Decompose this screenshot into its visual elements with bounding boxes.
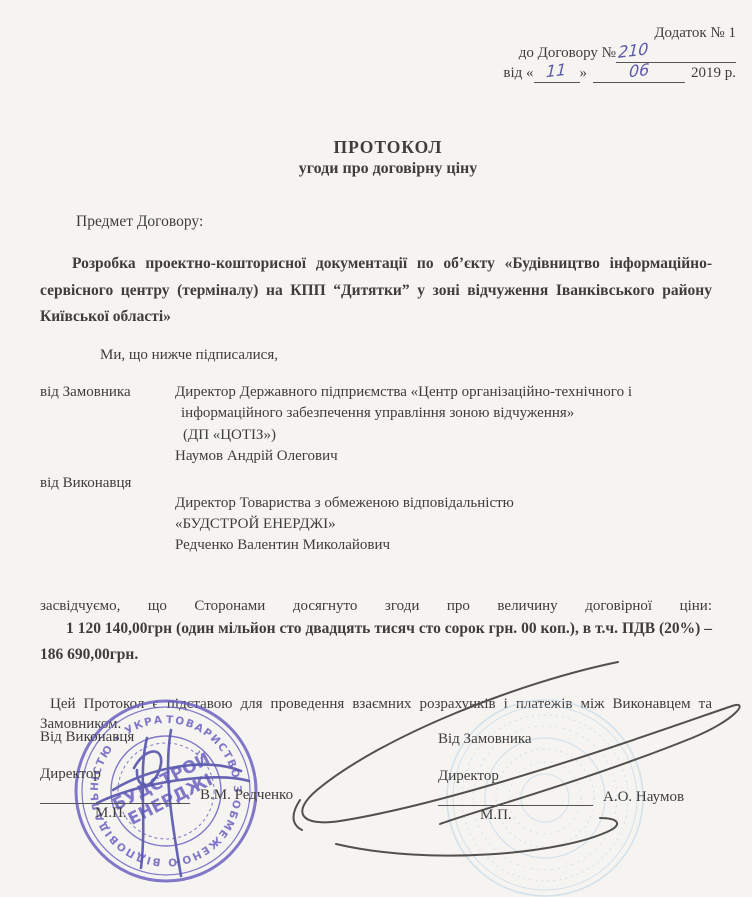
contractor-role: Директор: [40, 765, 320, 783]
date-month-handwritten: 06: [629, 63, 650, 80]
contractor-sign-row: В.М. Редченко: [40, 787, 320, 804]
subject-description: Розробка проектно-кошторисної документац…: [40, 251, 712, 331]
price-intro: засвідчуємо, що Сторонами досягнуто згод…: [40, 596, 712, 616]
contractor-details: Директор Товариства з обмеженою відповід…: [175, 493, 736, 556]
customer-signature-block: Від Замовника Директор А.О. Наумов М.П.: [438, 730, 728, 824]
customer-details: Директор Державного підприємства «Центр …: [175, 382, 632, 468]
contractor-signature-line: [40, 787, 190, 804]
contract-number-line: до Договору №210: [40, 43, 736, 63]
title-line2: угоди про договірну ціну: [40, 158, 736, 180]
title-line1: ПРОТОКОЛ: [40, 137, 736, 158]
annex-text: Додаток № 1: [654, 25, 736, 41]
customer-block: від Замовника Директор Державного підпри…: [40, 382, 736, 468]
subject-label: Предмет Договору:: [40, 212, 736, 231]
date-year: 2019 р.: [691, 64, 736, 83]
contractor-signatory-name: В.М. Редченко: [200, 787, 293, 804]
contractor-party-label: Від Виконавця: [40, 728, 320, 746]
date-close-quote: »: [580, 64, 588, 83]
contractor-signature-block: Від Виконавця Директор В.М. Редченко М.П…: [40, 728, 320, 822]
date-day-underline: 11: [534, 63, 580, 83]
customer-line: Директор Державного підприємства «Центр …: [175, 382, 632, 404]
contractor-line: Редченко Валентин Миколайович: [175, 535, 736, 556]
contractor-seal-mark: М.П.: [95, 805, 320, 822]
contractor-label: від Виконавця: [40, 474, 736, 493]
date-prefix: від «: [503, 64, 533, 83]
contract-prefix: до Договору №: [519, 44, 616, 63]
date-line: від «11»062019 р.: [40, 63, 736, 83]
signatories-intro: Ми, що нижче підписалися,: [40, 346, 736, 365]
customer-sign-row: А.О. Наумов: [438, 789, 728, 806]
header-block: Додаток № 1 до Договору №210 від «11»062…: [40, 24, 736, 83]
date-month-underline: 06: [593, 63, 685, 83]
contractor-line: Директор Товариства з обмеженою відповід…: [175, 493, 736, 514]
customer-line: (ДП «ЦОТІЗ»): [175, 425, 632, 447]
contract-number-underline: 210: [616, 43, 736, 63]
customer-role: Директор: [438, 767, 728, 785]
contractor-line: «БУДСТРОЙ ЕНЕРДЖІ»: [175, 514, 736, 535]
customer-seal-mark: М.П.: [480, 807, 728, 824]
customer-signatory-name: А.О. Наумов: [603, 789, 684, 806]
customer-line: Наумов Андрій Олегович: [175, 446, 632, 468]
customer-line: інформаційного забезпечення управління з…: [175, 403, 632, 425]
customer-label: від Замовника: [40, 382, 175, 468]
customer-signature-line: [438, 789, 593, 806]
customer-party-label: Від Замовника: [438, 730, 728, 748]
date-day-handwritten: 11: [546, 63, 567, 80]
contract-number-handwritten: 210: [618, 42, 649, 60]
document-title: ПРОТОКОЛ угоди про договірну ціну: [40, 137, 736, 180]
